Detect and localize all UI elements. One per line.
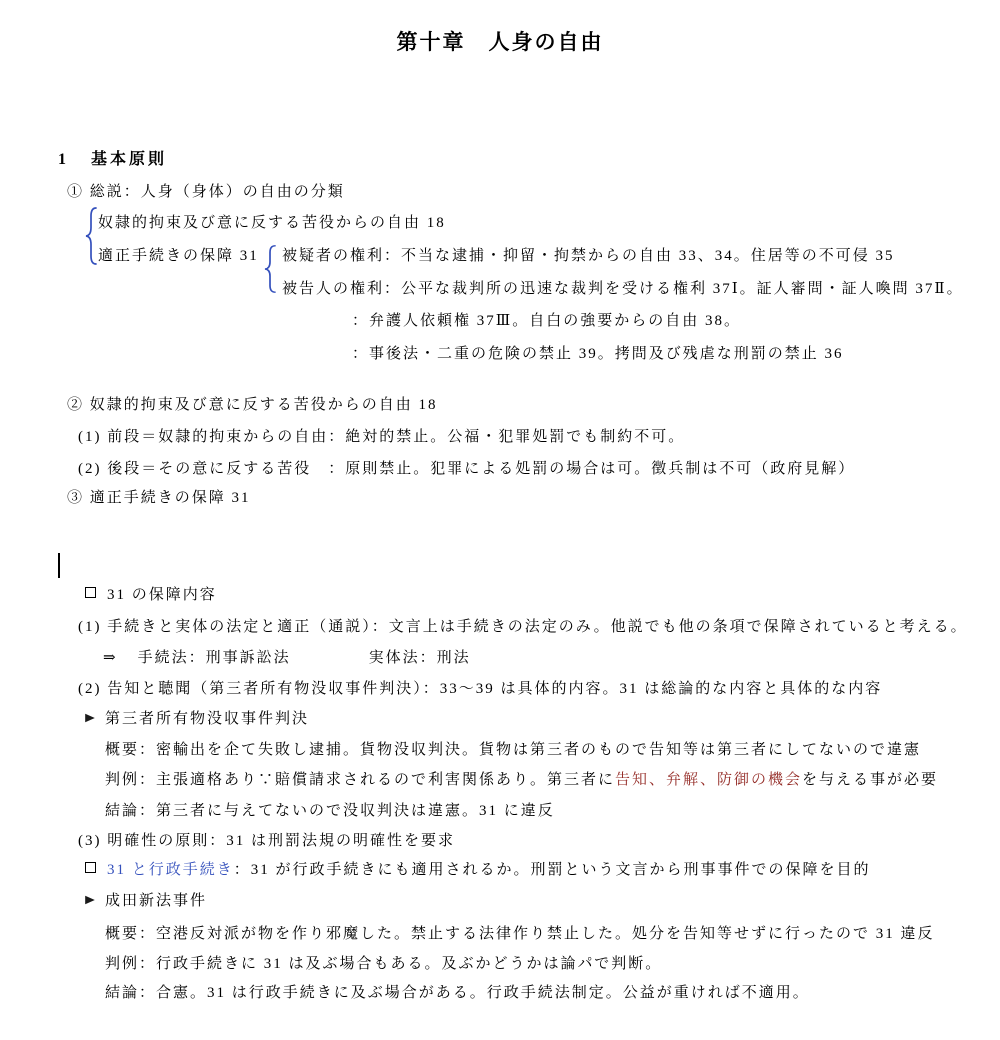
document-page[interactable]: 第十章 人身の自由 1基本原則 ① 総説：人身（身体）の自由の分類 奴隷的拘束及… bbox=[0, 0, 1000, 1040]
arrowhead-icon bbox=[84, 894, 96, 906]
chapter-title: 第十章 人身の自由 bbox=[0, 33, 1000, 52]
case1-ruling-suffix: を与える事が必要 bbox=[802, 772, 938, 788]
section-heading-label: 基本原則 bbox=[91, 151, 167, 168]
tree-branch-due-process: 適正手続きの保障 31 bbox=[98, 247, 259, 266]
arrowhead-icon bbox=[84, 712, 96, 724]
case1-conclusion: 結論：第三者に与えてないので没収判決は違憲。31 に違反 bbox=[105, 802, 555, 821]
case1-ruling-highlight: 告知、弁解、防御の機会 bbox=[615, 772, 802, 788]
case-daisansha: 第三者所有物没収事件判決 bbox=[84, 710, 309, 729]
section-heading: 1基本原則 bbox=[58, 150, 167, 169]
text-cursor bbox=[58, 553, 60, 578]
case-narita: 成田新法事件 bbox=[84, 892, 207, 911]
guarantee-point-1: (1) 手続きと実体の法定と適正（通説）：文言上は手続きの法定のみ。他説でも他の… bbox=[78, 618, 968, 637]
topic-admin-procedure: 31 と行政手続き：31 が行政手続きにも適用されるか。刑罰という文言から刑事事… bbox=[85, 861, 871, 880]
tree-branch-accused-rights: 被告人の権利：公平な裁判所の迅速な裁判を受ける権利 37Ⅰ。証人審問・証人喚問 … bbox=[282, 280, 964, 299]
case-daisansha-name: 第三者所有物没収事件判決 bbox=[105, 711, 309, 727]
left-brace-icon bbox=[85, 207, 97, 265]
case2-overview: 概要：空港反対派が物を作り邪魔した。禁止する法律作り禁止した。処分を告知等せずに… bbox=[105, 925, 935, 944]
overview-item: ① 総説：人身（身体）の自由の分類 bbox=[67, 183, 345, 202]
topic-guarantee-label: 31 の保障内容 bbox=[107, 587, 217, 603]
tree-branch-slavery-freedom: 奴隷的拘束及び意に反する苦役からの自由 18 bbox=[98, 214, 446, 233]
procedural-law-label: 手続法：刑事訴訟法 bbox=[138, 650, 291, 666]
guarantee-implication: ⇒手続法：刑事訴訟法実体法：刑法 bbox=[103, 649, 471, 668]
case2-ruling: 判例：行政手続きに 31 は及ぶ場合もある。及ぶかどうかは論パで判断。 bbox=[105, 955, 662, 974]
item-slavery: ② 奴隷的拘束及び意に反する苦役からの自由 18 bbox=[67, 396, 438, 415]
guarantee-point-2: (2) 告知と聴聞（第三者所有物没収事件判決）：33～39 は具体的内容。31 … bbox=[78, 680, 882, 699]
topic-guarantee: 31 の保障内容 bbox=[85, 586, 217, 605]
case1-overview: 概要：密輸出を企て失敗し逮捕。貨物没収判決。貨物は第三者のもので告知等は第三者に… bbox=[105, 741, 921, 760]
item-slavery-point-2: (2) 後段＝その意に反する苦役 ：原則禁止。犯罪による処罰の場合は可。徴兵制は… bbox=[78, 460, 855, 479]
tree-branch-suspect-rights: 被疑者の権利：不当な逮捕・抑留・拘禁からの自由 33、34。住居等の不可侵 35 bbox=[282, 247, 895, 266]
item-slavery-point-1: (1) 前段＝奴隷的拘束からの自由：絶対的禁止。公福・犯罪処罰でも制約不可。 bbox=[78, 428, 685, 447]
tree-accused-rights-cont-1: ：弁護人依頼権 37Ⅲ。自白の強要からの自由 38。 bbox=[352, 312, 741, 331]
topic-admin-rest: ：31 が行政手続きにも適用されるか。刑罰という文言から刑事事件での保障を目的 bbox=[234, 862, 871, 878]
left-brace-icon bbox=[264, 245, 276, 293]
item-due-process: ③ 適正手続きの保障 31 bbox=[67, 489, 251, 508]
case1-ruling-prefix: 判例：主張適格あり∵賠償請求されるので利害関係あり。第三者に bbox=[105, 772, 615, 788]
checkbox-square-icon bbox=[85, 862, 96, 873]
case-narita-name: 成田新法事件 bbox=[105, 893, 207, 909]
case1-ruling: 判例：主張適格あり∵賠償請求されるので利害関係あり。第三者に告知、弁解、防御の機… bbox=[105, 771, 938, 790]
substantive-law-label: 実体法：刑法 bbox=[369, 650, 471, 666]
guarantee-point-3: (3) 明確性の原則：31 は刑罰法規の明確性を要求 bbox=[78, 832, 455, 851]
section-number: 1 bbox=[58, 151, 69, 168]
case2-conclusion: 結論：合憲。31 は行政手続きに及ぶ場合がある。行政手続法制定。公益が重ければ不… bbox=[105, 984, 810, 1003]
implication-arrow-icon: ⇒ bbox=[103, 650, 118, 666]
checkbox-square-icon bbox=[85, 587, 96, 598]
topic-admin-link: 31 と行政手続き bbox=[107, 862, 234, 878]
tree-accused-rights-cont-2: ：事後法・二重の危険の禁止 39。拷問及び残虐な刑罰の禁止 36 bbox=[352, 345, 844, 364]
